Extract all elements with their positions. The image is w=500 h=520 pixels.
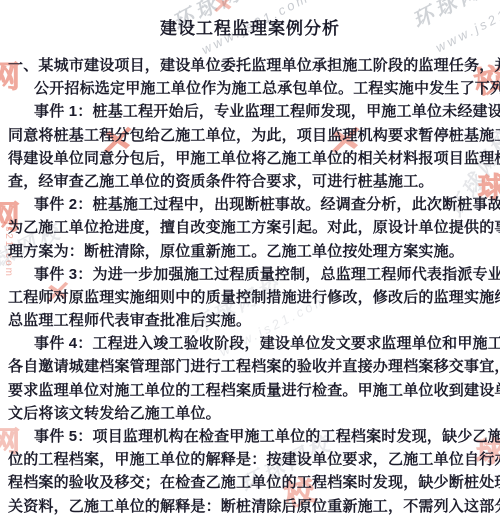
text-line: 程档案的验收及移交；在检查乙施工单位的工程档案时发现，缺少断桩处理的相 — [8, 471, 496, 494]
document-body: 一、某城市建设项目，建设单位委托监理单位承担施工阶段的监理任务，并通过 公开招标… — [8, 54, 496, 518]
text-line: 事件 5：项目监理机构在检查甲施工单位的工程档案时发现，缺少乙施工单 — [8, 425, 496, 448]
page-title: 建设工程监理案例分析 — [0, 14, 500, 39]
text-line: 事件 4：工程进入竣工验收阶段，建设单位发文要求监理单位和甲施工单位 — [8, 332, 496, 355]
text-line: 同意将桩基工程分包给乙施工单位，为此，项目监理机构要求暂停桩基施工。征 — [8, 124, 496, 147]
document-page: 环球网校 www.js21.com 环球网校 www.js21.com 环球网校… — [0, 0, 500, 520]
text-line: 关资料，乙施工单位的解释是：断桩清除后原位重新施工，不需列入这部分资料。 — [8, 495, 496, 518]
text-line: 要求监理单位对施工单位的工程档案质量进行检查。甲施工单位收到建设单位发 — [8, 379, 496, 402]
text-line: 各自邀请城建档案管理部门进行工程档案的验收并直接办理档案移交事宜，同时 — [8, 355, 496, 378]
text-line: 事件 3：为进一步加强施工过程质量控制，总监理工程师代表指派专业监理 — [8, 263, 496, 286]
text-line: 事件 1：桩基工程开始后，专业监理工程师发现，甲施工单位未经建设单位 — [8, 100, 496, 123]
text-line: 工程师对原监理实施细则中的质量控制措施进行修改，修改后的监理实施细则经 — [8, 286, 496, 309]
text-line: 总监理工程师代表审查批准后实施。 — [8, 309, 496, 332]
text-line: 位的工程档案，甲施工单位的解释是：按建设单位要求，乙施工单位自行办理工 — [8, 448, 496, 471]
text-line: 一、某城市建设项目，建设单位委托监理单位承担施工阶段的监理任务，并通过 — [8, 54, 496, 77]
text-line: 查，经审查乙施工单位的资质条件符合要求，可进行桩基施工。 — [8, 170, 496, 193]
text-line: 事件 2：桩基施工过程中，出现断桩事故。经调查分析，此次断桩事故是因 — [8, 193, 496, 216]
text-line: 得建设单位同意分包后，甲施工单位将乙施工单位的相关材料报项目监理机构审 — [8, 147, 496, 170]
text-line: 理方案为：断桩清除，原位重新施工。乙施工单位按处理方案实施。 — [8, 240, 496, 263]
text-line: 为乙施工单位抢进度，擅自改变施工方案引起。对此，原设计单位提供的事故处 — [8, 216, 496, 239]
text-line: 公开招标选定甲施工单位作为施工总承包单位。工程实施中发生了下列事件： — [8, 77, 496, 100]
text-line: 文后将该文转发给乙施工单位。 — [8, 402, 496, 425]
